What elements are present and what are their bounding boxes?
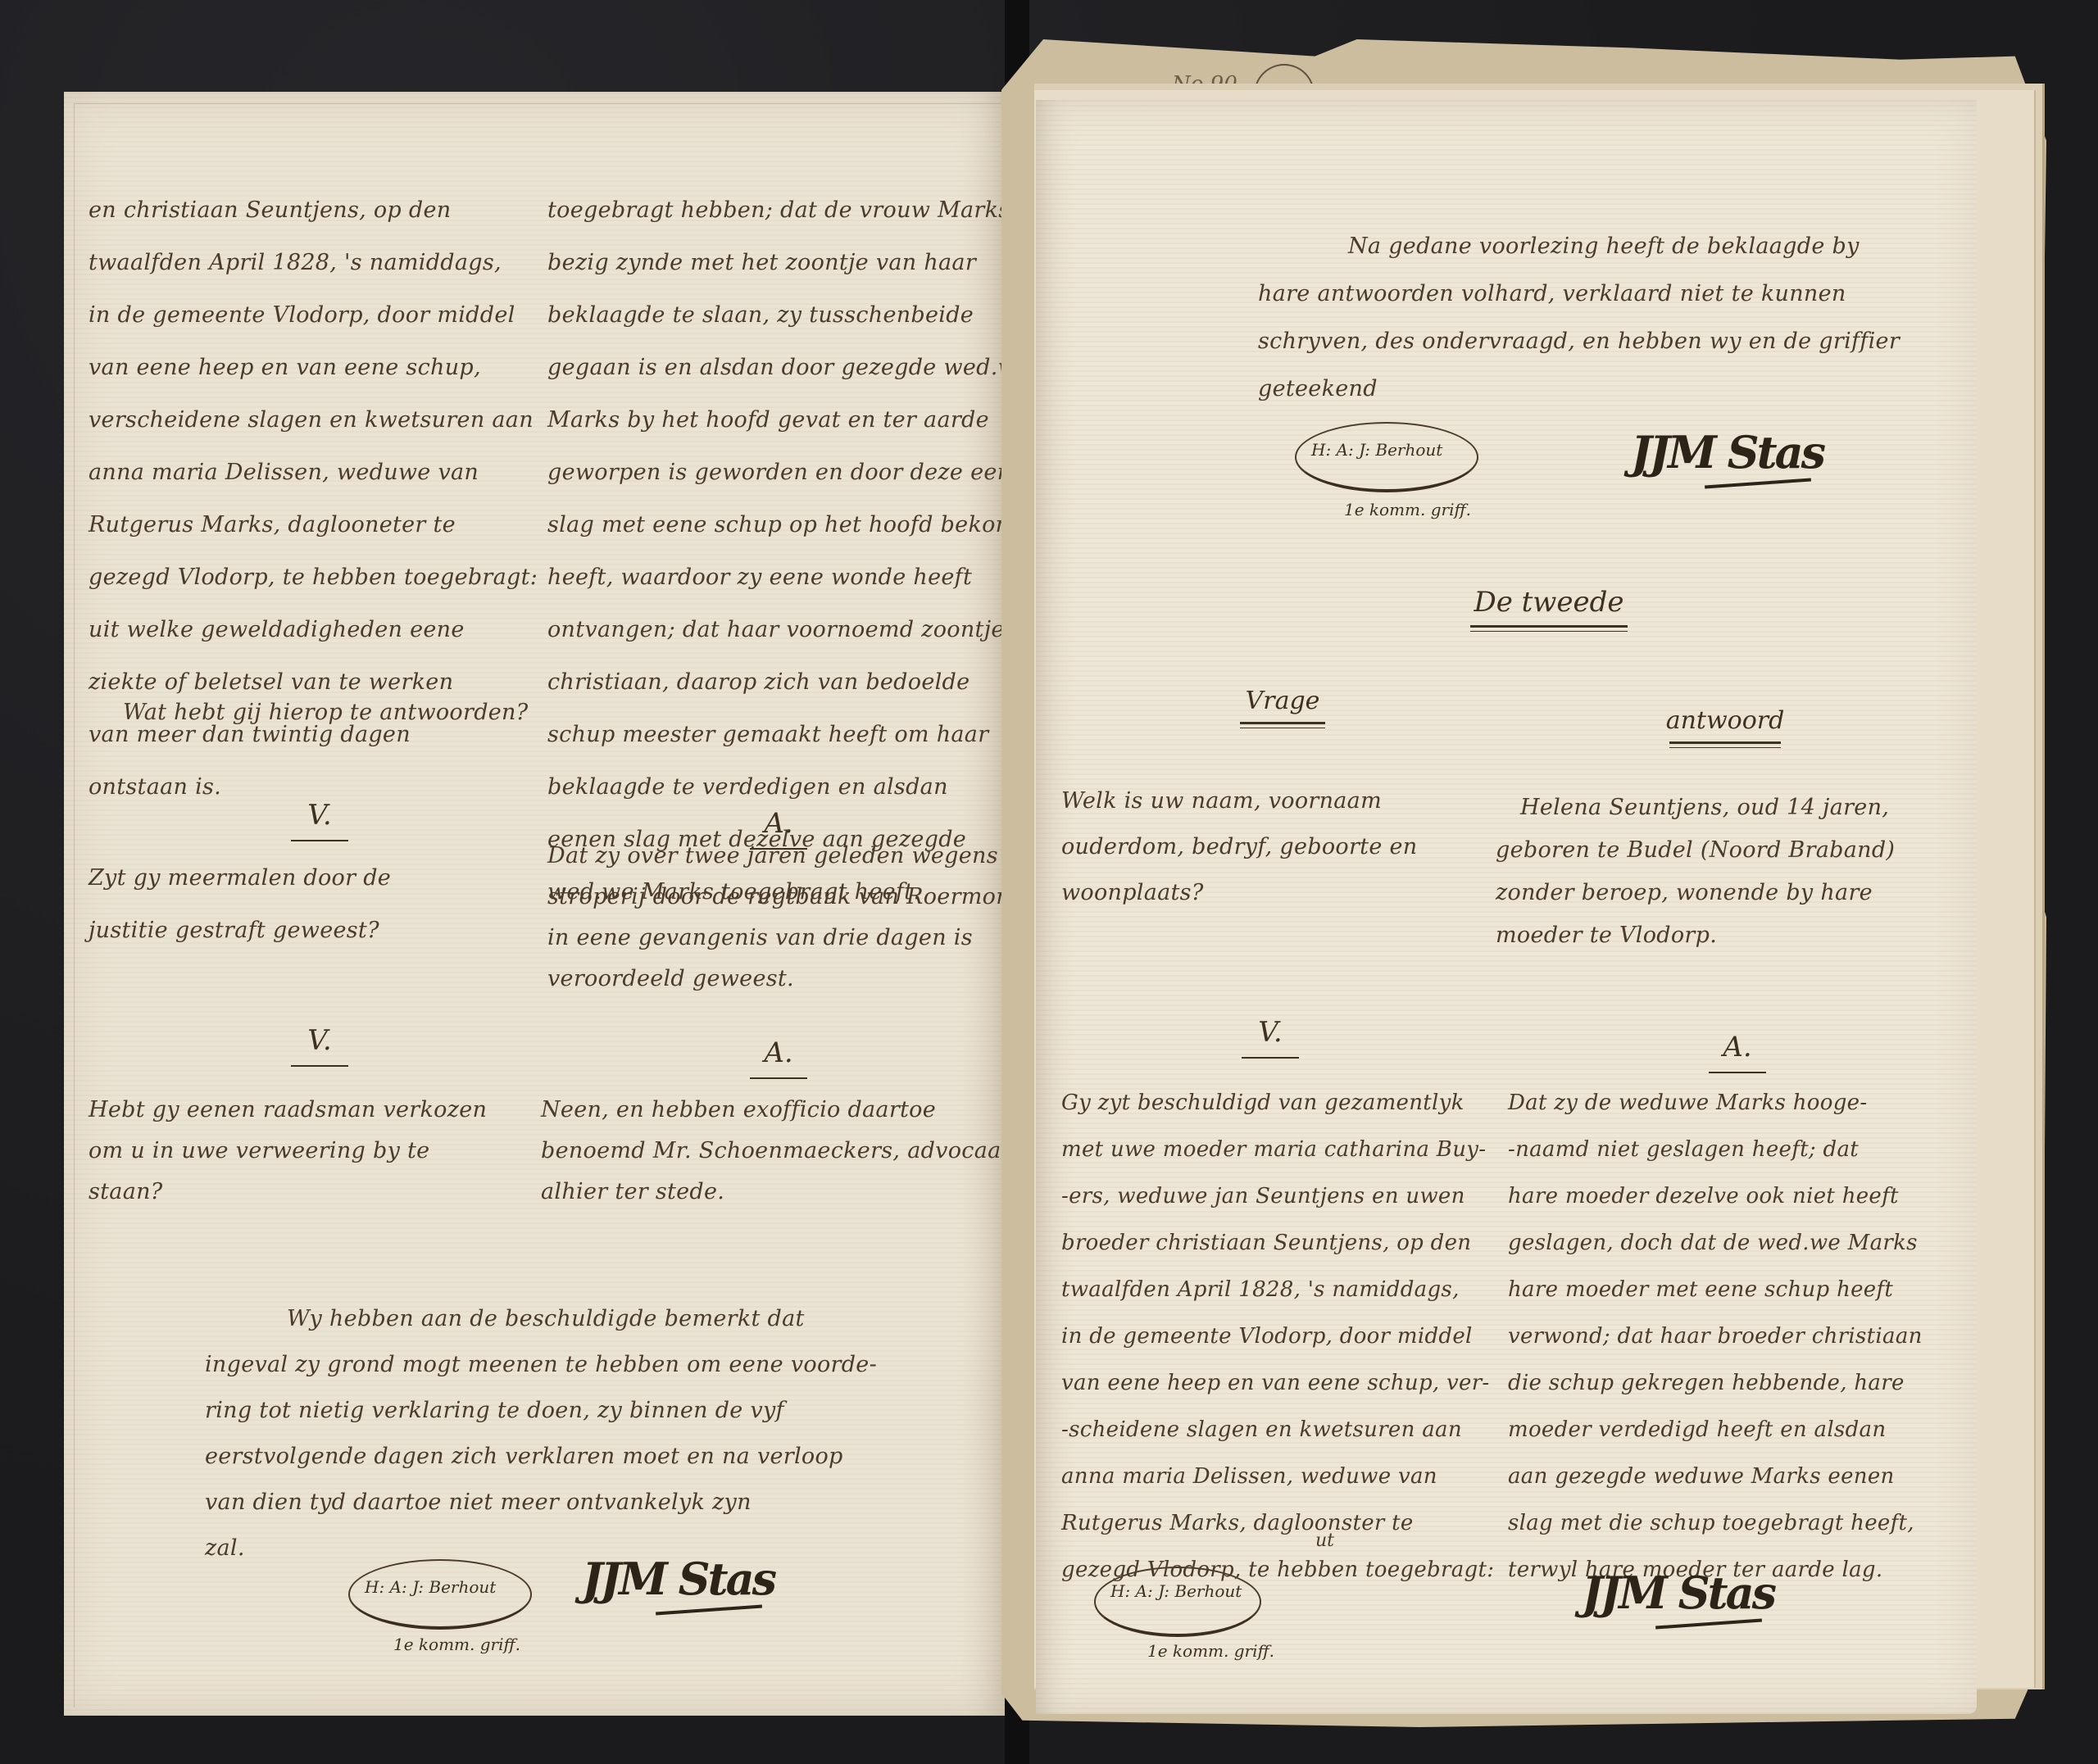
- text-line: bezig zynde met het zoontje van haar: [547, 237, 1045, 289]
- text-line: Wat hebt gij hierop te antwoorden?: [123, 687, 529, 739]
- identity-answer: Helena Seuntjens, oud 14 jaren, geboren …: [1496, 787, 1895, 957]
- text-line: -scheidene slagen en kwetsuren aan: [1061, 1407, 1494, 1453]
- text-line: Helena Seuntjens, oud 14 jaren,: [1496, 787, 1895, 829]
- text-line: hare antwoorden volhard, verklaard niet …: [1258, 270, 1900, 318]
- text-line: moeder te Vlodorp.: [1496, 914, 1895, 957]
- text-line: Rutgerus Marks, dagloonster te: [1061, 1500, 1494, 1547]
- text-line: geboren te Budel (Noord Braband): [1496, 829, 1895, 872]
- text-line: ring tot nietig verklaring te doen, zy b…: [205, 1388, 877, 1434]
- text-line: hare moeder met eene schup heeft: [1508, 1267, 1923, 1313]
- left-question-prompt: Wat hebt gij hierop te antwoorden?: [123, 687, 529, 739]
- text-line: heeft, waardoor zy eene wonde heeft: [547, 551, 1045, 604]
- text-line: -ers, weduwe jan Seuntjens en uwen: [1061, 1173, 1494, 1220]
- question-label: V.: [1237, 1016, 1303, 1059]
- qa2-question: Hebt gy eenen raadsman verkozen om u in …: [89, 1090, 487, 1213]
- text-line: Rutgerus Marks, daglooneter te: [89, 499, 538, 551]
- text-line: in de gemeente Vlodorp, door middel: [89, 289, 538, 342]
- text-line: -naamd niet geslagen heeft; dat: [1508, 1127, 1923, 1173]
- text-line: Wy hebben aan de beschuldigde bemerkt da…: [205, 1296, 877, 1342]
- charge-answer: Dat zy de weduwe Marks hooge- -naamd nie…: [1508, 1080, 1923, 1594]
- text-line: anna maria Delissen, weduwe van: [1061, 1453, 1494, 1500]
- text-line: moeder verdedigd heeft en alsdan: [1508, 1407, 1923, 1453]
- question-label: V.: [287, 1024, 352, 1067]
- text-line: van eene heep en van eene schup, ver-: [1061, 1360, 1494, 1407]
- text-line: staan?: [89, 1172, 487, 1213]
- qa1-question: Zyt gy meermalen door de justitie gestra…: [89, 852, 391, 957]
- answer-label: A.: [746, 1036, 811, 1079]
- text-line: die schup gekregen hebbende, hare: [1508, 1360, 1923, 1407]
- text-line: ontvangen; dat haar voornoemd zoontje: [547, 604, 1045, 656]
- text-line: broeder christiaan Seuntjens, op den: [1061, 1220, 1494, 1267]
- text-line: Neen, en hebben exofficio daartoe: [541, 1090, 1010, 1131]
- clerk-title: 1e komm. griff.: [393, 1635, 520, 1654]
- qa2-answer: Neen, en hebben exofficio daartoe benoem…: [541, 1090, 1010, 1213]
- text-line: anna maria Delissen, weduwe van: [89, 447, 538, 499]
- text-line: in eene gevangenis van drie dagen is: [547, 918, 1025, 959]
- clerk-title: 1e komm. griff.: [1344, 500, 1471, 519]
- text-line: slag met die schup toegebragt heeft,: [1508, 1500, 1923, 1547]
- identity-question: Welk is uw naam, voornaam ouderdom, bedr…: [1061, 778, 1417, 916]
- text-line: verwond; dat haar broeder christiaan: [1508, 1313, 1923, 1360]
- text-line: gegaan is en alsdan door gezegde wed.we: [547, 342, 1045, 394]
- text-line: Dat zy over twee jaren geleden wegens: [547, 836, 1025, 877]
- charge-question: Gy zyt beschuldigd van gezamentlyk met u…: [1061, 1080, 1494, 1594]
- text-line: met uwe moeder maria catharina Buy-: [1061, 1127, 1494, 1173]
- text-line: schup meester gemaakt heeft om haar: [547, 709, 1045, 761]
- judge-signature: JJM Stas: [1631, 426, 1823, 478]
- text-line: en christiaan Seuntjens, op den: [89, 184, 538, 237]
- text-line: woonplaats?: [1061, 870, 1417, 916]
- text-line: toegebragt hebben; dat de vrouw Marks: [547, 184, 1045, 237]
- text-line: gezegd Vlodorp, te hebben toegebragt:: [89, 551, 538, 604]
- text-line: twaalfden April 1828, 's namiddags,: [1061, 1267, 1494, 1313]
- text-line: stroperij door de regtbank van Roermond: [547, 877, 1025, 918]
- text-line: Hebt gy eenen raadsman verkozen: [89, 1090, 487, 1131]
- text-line: slag met eene schup op het hoofd bekomen: [547, 499, 1045, 551]
- text-line: twaalfden April 1828, 's namiddags,: [89, 237, 538, 289]
- text-line: Zyt gy meermalen door de: [89, 852, 391, 905]
- text-line: in de gemeente Vlodorp, door middel: [1061, 1313, 1494, 1360]
- text-line: veroordeeld geweest.: [547, 959, 1025, 1000]
- text-line: geworpen is geworden en door deze eenen: [547, 447, 1045, 499]
- text-line: christiaan, daarop zich van bedoelde: [547, 656, 1045, 709]
- text-line: geslagen, doch dat de wed.we Marks: [1508, 1220, 1923, 1267]
- qa1-answer: Dat zy over twee jaren geleden wegens st…: [547, 836, 1025, 1000]
- text-line: aan gezegde weduwe Marks eenen: [1508, 1453, 1923, 1500]
- text-line: om u in uwe verweering by te: [89, 1131, 487, 1172]
- text-line: zonder beroep, wonende by hare: [1496, 872, 1895, 914]
- text-line: Gy zyt beschuldigd van gezamentlyk: [1061, 1080, 1494, 1127]
- text-line: justitie gestraft geweest?: [89, 905, 391, 957]
- text-line: alhier ter stede.: [541, 1172, 1010, 1213]
- right-opening-paragraph: Na gedane voorlezing heeft de beklaagde …: [1258, 223, 1900, 413]
- text-line: ouderdom, bedryf, geboorte en: [1061, 824, 1417, 870]
- text-line: beklaagde te verdedigen en alsdan: [547, 761, 1045, 814]
- clerk-signature-name: H: A: J: Berhout: [1110, 1581, 1242, 1601]
- clerk-title: 1e komm. griff.: [1147, 1641, 1274, 1661]
- text-line: Welk is uw naam, voornaam: [1061, 778, 1417, 824]
- text-line: ingeval zy grond mogt meenen te hebben o…: [205, 1342, 877, 1388]
- question-label: V.: [287, 799, 352, 841]
- section-heading: De tweede: [1451, 586, 1647, 632]
- judge-signature: JJM Stas: [1582, 1567, 1774, 1619]
- clerk-signature-name: H: A: J: Berhout: [365, 1577, 496, 1597]
- column-header-question: Vrage: [1229, 687, 1336, 728]
- text-line: uit welke geweldadigheden eene: [89, 604, 538, 656]
- text-line: benoemd Mr. Schoenmaeckers, advocaat: [541, 1131, 1010, 1172]
- text-line: verscheidene slagen en kwetsuren aan: [89, 394, 538, 447]
- column-header-answer: antwoord: [1655, 706, 1795, 748]
- margin-note: ut: [1315, 1530, 1334, 1551]
- text-line: Marks by het hoofd gevat en ter aarde: [547, 394, 1045, 447]
- text-line: Dat zy de weduwe Marks hooge-: [1508, 1080, 1923, 1127]
- left-closing-paragraph: Wy hebben aan de beschuldigde bemerkt da…: [205, 1296, 877, 1571]
- text-line: beklaagde te slaan, zy tusschenbeide: [547, 289, 1045, 342]
- text-line: schryven, des ondervraagd, en hebben wy …: [1258, 318, 1900, 365]
- text-line: zal.: [205, 1526, 877, 1571]
- text-line: eerstvolgende dagen zich verklaren moet …: [205, 1434, 877, 1480]
- clerk-signature-flourish: [1094, 1567, 1261, 1637]
- answer-label: A.: [1705, 1031, 1770, 1073]
- text-line: van eene heep en van eene schup,: [89, 342, 538, 394]
- clerk-signature-name: H: A: J: Berhout: [1311, 440, 1442, 460]
- text-line: hare moeder dezelve ook niet heeft: [1508, 1173, 1923, 1220]
- text-line: van dien tyd daartoe niet meer ontvankel…: [205, 1480, 877, 1526]
- text-line: Na gedane voorlezing heeft de beklaagde …: [1258, 223, 1900, 270]
- judge-signature: JJM Stas: [582, 1553, 774, 1605]
- text-line: geteekend: [1258, 365, 1900, 413]
